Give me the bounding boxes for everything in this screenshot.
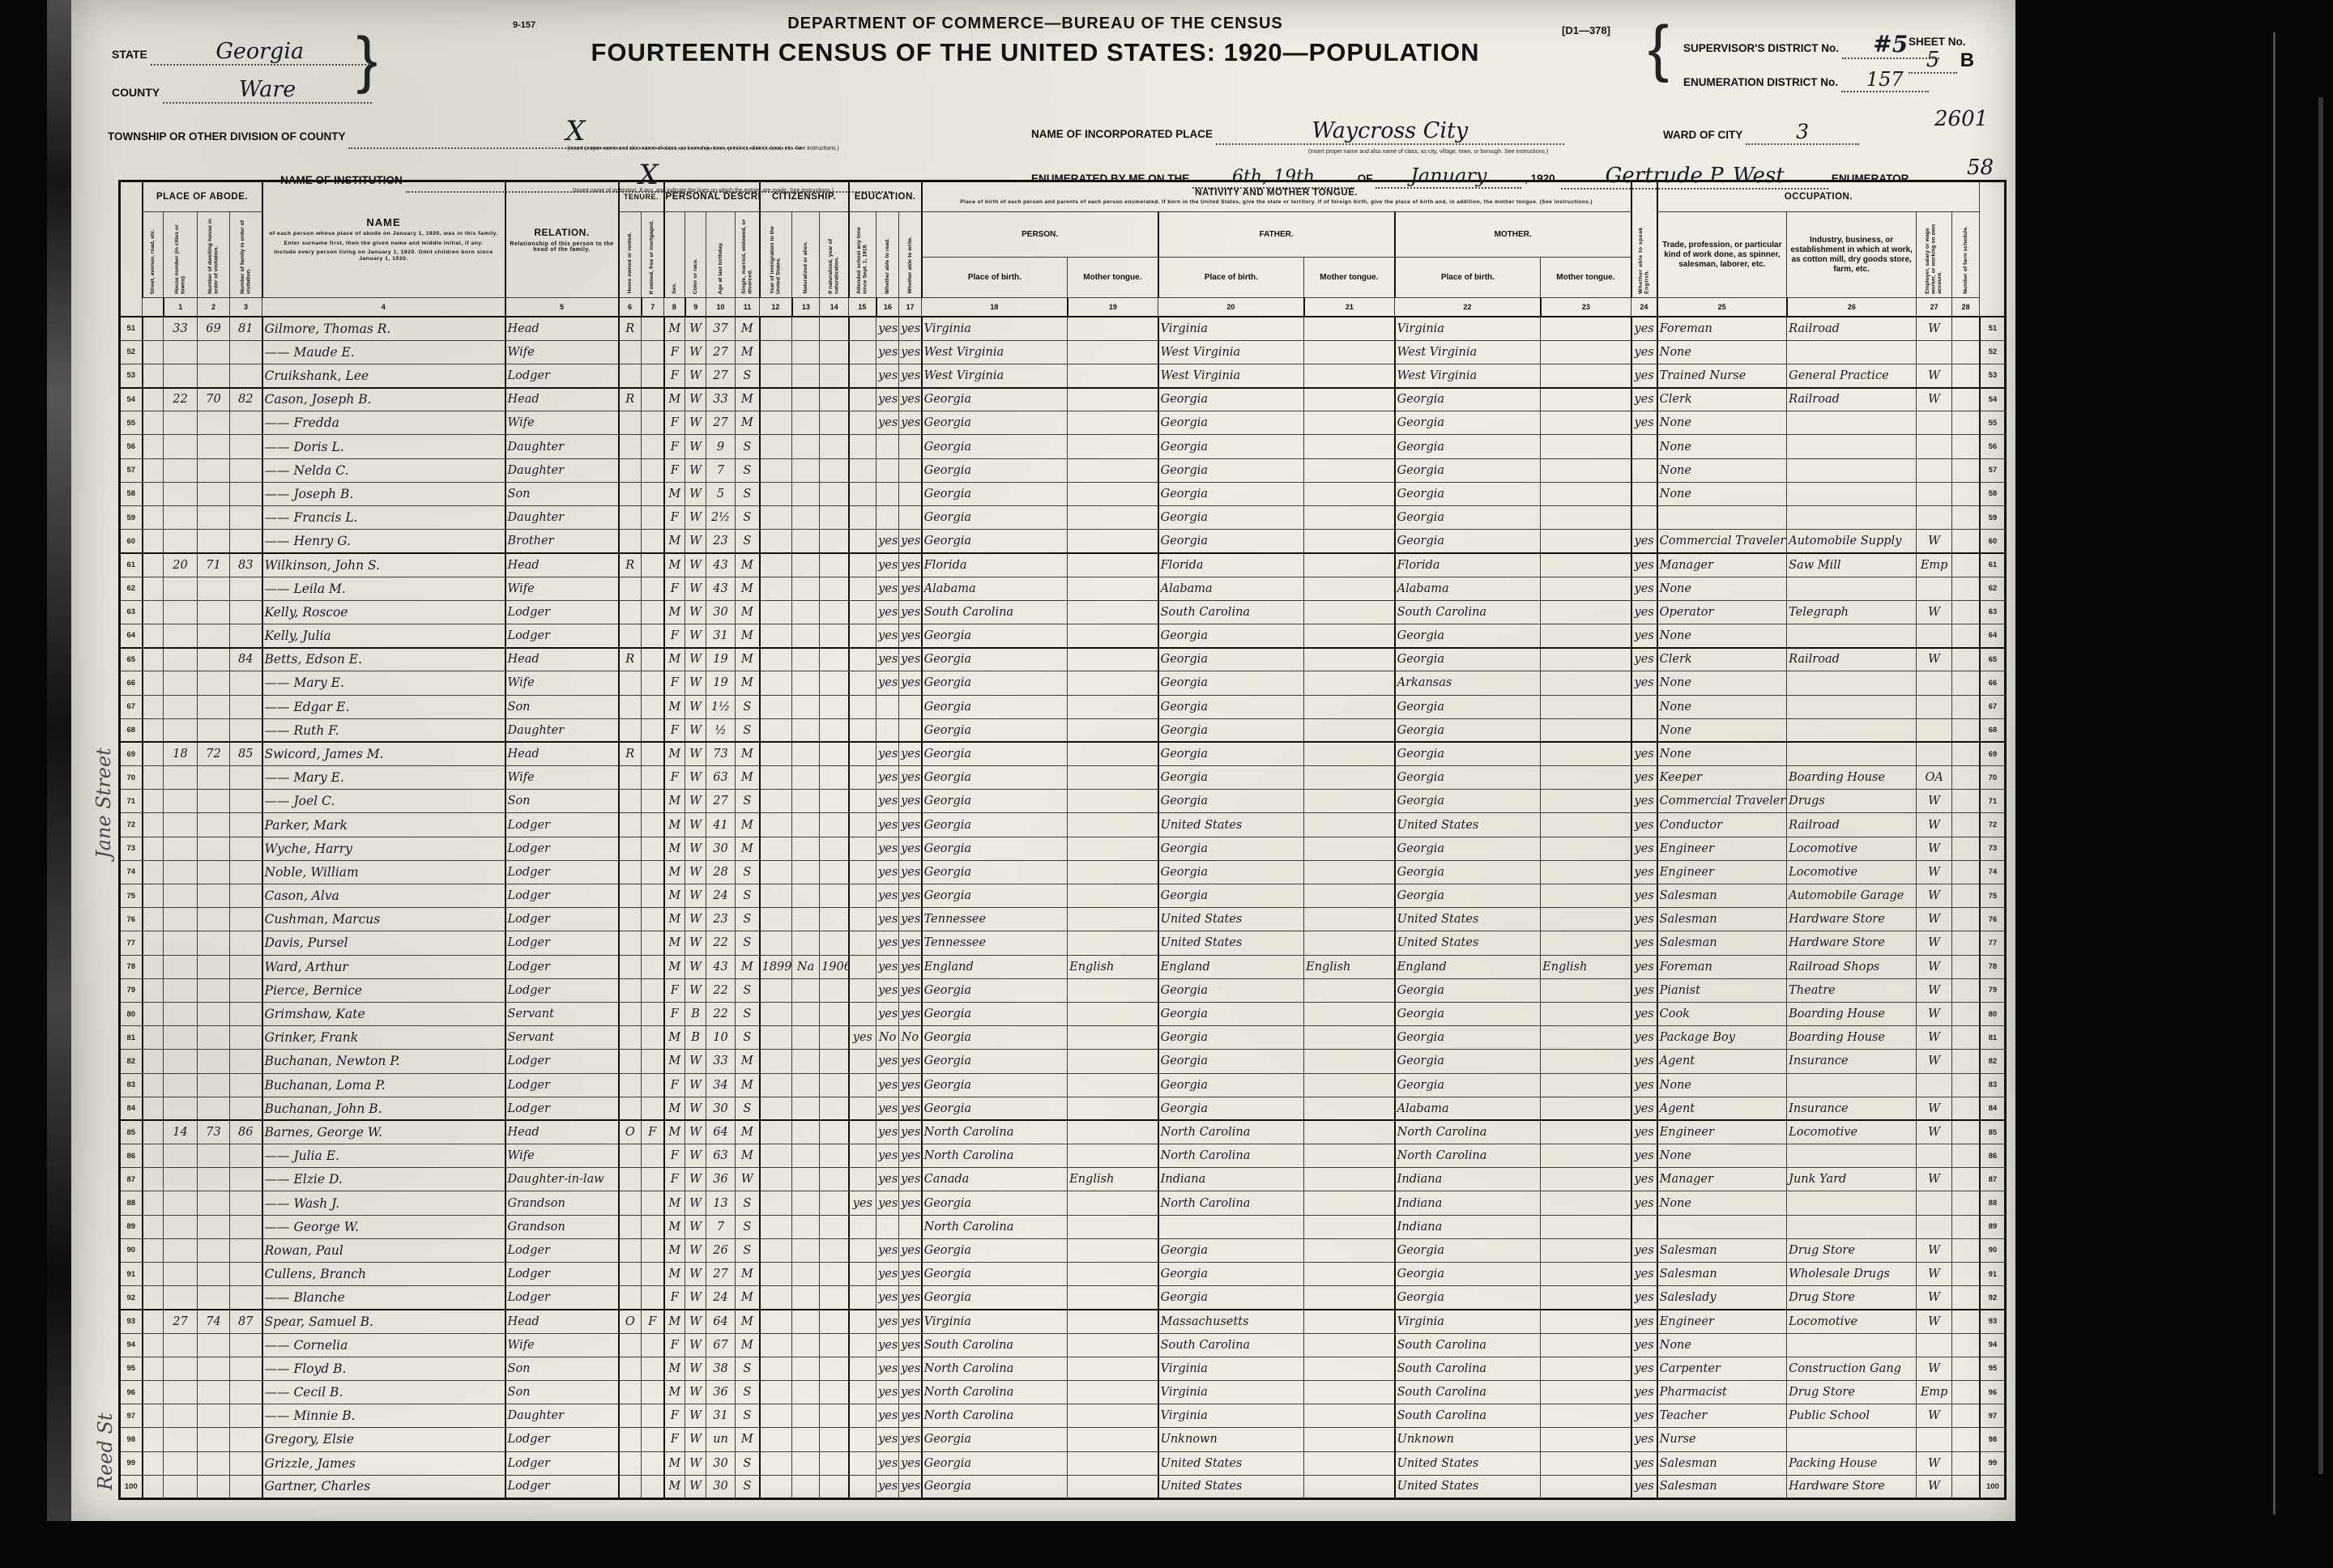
- cell-ag: 67: [706, 1333, 736, 1357]
- cell-fb: United States: [1158, 1451, 1304, 1475]
- cell-ag: 22: [706, 1002, 736, 1025]
- cell-hn: [164, 671, 198, 695]
- cell-dw: [198, 340, 230, 364]
- cell-st: [143, 742, 164, 765]
- cell-mb: Virginia: [1395, 317, 1541, 340]
- cell-hn: [164, 1263, 198, 1286]
- cell-mt: [1541, 1073, 1631, 1097]
- cell-tn: [619, 624, 642, 647]
- cell-mb: Indiana: [1395, 1168, 1541, 1191]
- cell-pt: [1068, 1050, 1158, 1073]
- cell-li2: 76: [1980, 908, 2006, 931]
- cell-fb: Virginia: [1158, 1380, 1304, 1404]
- cell-sc: [849, 813, 876, 837]
- cell-en: yes: [1631, 1002, 1657, 1025]
- cell-fb: Alabama: [1158, 577, 1304, 600]
- cell-fm: [1952, 813, 1980, 837]
- cell-pb: Georgia: [922, 1073, 1068, 1097]
- cell-oc: Engineer: [1657, 1120, 1787, 1144]
- cell-ny: [820, 1380, 849, 1404]
- column-number-mt: 24: [1631, 298, 1657, 317]
- cell-ag: 33: [706, 388, 736, 411]
- cell-dw: [198, 648, 230, 671]
- cell-mt: [1541, 1191, 1631, 1215]
- cell-ag: 37: [706, 317, 736, 340]
- cell-ind: [1787, 435, 1917, 458]
- cell-mg: [642, 1168, 664, 1191]
- cell-en: yes: [1631, 1286, 1657, 1310]
- cell-fb: West Virginia: [1158, 364, 1304, 387]
- cell-fm: [1952, 695, 1980, 718]
- cell-st: [143, 931, 164, 955]
- cell-ag: 30: [706, 837, 736, 860]
- cell-oc: Foreman: [1657, 317, 1787, 340]
- cell-ms: S: [736, 458, 760, 482]
- cell-cl: W: [685, 1286, 706, 1310]
- cell-im: [760, 1073, 792, 1097]
- cell-na: [792, 577, 820, 600]
- cell-fm: [1952, 671, 1980, 695]
- cell-pt: [1068, 530, 1158, 553]
- cell-nm: Swicord, James M.: [262, 742, 505, 765]
- cell-li: 72: [120, 813, 143, 837]
- cell-rd: yes: [876, 790, 899, 813]
- cell-mb: England: [1395, 955, 1541, 978]
- cell-wr: [899, 718, 922, 742]
- cell-ms: S: [736, 1357, 760, 1380]
- cell-fa: [230, 1050, 262, 1073]
- cell-fm: [1952, 553, 1980, 577]
- column-house-number: House number (in cities or towns).: [164, 212, 198, 298]
- cell-na: [792, 1050, 820, 1073]
- cell-ms: M: [736, 813, 760, 837]
- cell-ny: [820, 671, 849, 695]
- cell-sx: M: [664, 317, 685, 340]
- cell-mg: [642, 1263, 664, 1286]
- cell-ag: 10: [706, 1026, 736, 1050]
- cell-nm: Barnes, George W.: [262, 1120, 505, 1144]
- cell-hn: [164, 1026, 198, 1050]
- township-note: (Insert proper name and also name of cla…: [452, 146, 954, 151]
- person-mother-tongue-header: Mother tongue.: [1068, 258, 1158, 298]
- cell-im: [760, 671, 792, 695]
- cell-cl: W: [685, 435, 706, 458]
- cell-cl: W: [685, 1263, 706, 1286]
- cell-rd: yes: [876, 1428, 899, 1451]
- cell-wr: yes: [899, 1120, 922, 1144]
- cell-sc: [849, 1002, 876, 1025]
- cell-em: W: [1917, 364, 1952, 387]
- county-field: COUNTY Ware: [112, 77, 372, 104]
- cell-rd: yes: [876, 908, 899, 931]
- cell-mt: [1541, 908, 1631, 931]
- cell-pt: [1068, 1333, 1158, 1357]
- cell-mt: [1541, 1050, 1631, 1073]
- cell-im: [760, 1144, 792, 1168]
- cell-mt: [1541, 790, 1631, 813]
- cell-cl: W: [685, 364, 706, 387]
- cell-fm: [1952, 766, 1980, 790]
- column-employer-class: Employer, salary or wage worker, or work…: [1917, 212, 1952, 298]
- cell-fb: North Carolina: [1158, 1191, 1304, 1215]
- cell-re: Head: [505, 553, 619, 577]
- cell-ms: M: [736, 388, 760, 411]
- cell-st: [143, 1191, 164, 1215]
- cell-li2: 90: [1980, 1238, 2006, 1262]
- column-number-im: 13: [792, 298, 820, 317]
- cell-na: [792, 1026, 820, 1050]
- cell-li: 51: [120, 317, 143, 340]
- cell-fa: [230, 1144, 262, 1168]
- cell-re: Son: [505, 695, 619, 718]
- cell-oc: Agent: [1657, 1050, 1787, 1073]
- cell-nm: —— Minnie B.: [262, 1404, 505, 1428]
- cell-fm: [1952, 317, 1980, 340]
- cell-en: yes: [1631, 813, 1657, 837]
- cell-fb: Georgia: [1158, 1263, 1304, 1286]
- cell-fa: [230, 482, 262, 505]
- cell-ind: Locomotive: [1787, 860, 1917, 884]
- cell-ms: M: [736, 340, 760, 364]
- cell-pb: Georgia: [922, 790, 1068, 813]
- cell-fm: [1952, 648, 1980, 671]
- cell-rd: No: [876, 1026, 899, 1050]
- cell-ms: M: [736, 766, 760, 790]
- cell-dw: [198, 1333, 230, 1357]
- cell-fb: Georgia: [1158, 1238, 1304, 1262]
- cell-wr: [899, 1215, 922, 1238]
- cell-pt: [1068, 908, 1158, 931]
- enumeration-district-value: 157: [1866, 68, 1904, 91]
- name-group-title: NAME: [264, 216, 504, 228]
- cell-re: Lodger: [505, 600, 619, 624]
- cell-re: Daughter: [505, 435, 619, 458]
- cell-ft: [1304, 648, 1395, 671]
- cell-sx: M: [664, 813, 685, 837]
- cell-mg: [642, 1097, 664, 1120]
- cell-sc: [849, 1120, 876, 1144]
- cell-sx: M: [664, 1310, 685, 1333]
- cell-st: [143, 908, 164, 931]
- cell-im: [760, 1050, 792, 1073]
- cell-ms: M: [736, 1333, 760, 1357]
- cell-fa: [230, 718, 262, 742]
- cell-hn: [164, 1191, 198, 1215]
- cell-dw: [198, 1404, 230, 1428]
- cell-wr: yes: [899, 860, 922, 884]
- cell-hn: [164, 695, 198, 718]
- cell-nm: Gregory, Elsie: [262, 1428, 505, 1451]
- cell-ft: [1304, 340, 1395, 364]
- cell-fa: [230, 790, 262, 813]
- cell-re: Lodger: [505, 624, 619, 647]
- cell-st: [143, 388, 164, 411]
- cell-mg: [642, 671, 664, 695]
- cell-mt: [1541, 978, 1631, 1002]
- cell-ft: [1304, 364, 1395, 387]
- cell-pt: [1068, 1144, 1158, 1168]
- cell-ind: [1787, 577, 1917, 600]
- cell-cl: W: [685, 458, 706, 482]
- cell-oc: None: [1657, 482, 1787, 505]
- cell-st: [143, 1120, 164, 1144]
- cell-hn: [164, 1357, 198, 1380]
- cell-pb: Georgia: [922, 1428, 1068, 1451]
- cell-ms: S: [736, 435, 760, 458]
- cell-oc: None: [1657, 1073, 1787, 1097]
- cell-pb: South Carolina: [922, 600, 1068, 624]
- cell-li2: 74: [1980, 860, 2006, 884]
- cell-tn: [619, 1002, 642, 1025]
- cell-ny: [820, 742, 849, 765]
- cell-im: [760, 1191, 792, 1215]
- cell-li: 56: [120, 435, 143, 458]
- cell-rd: [876, 695, 899, 718]
- cell-fb: Georgia: [1158, 718, 1304, 742]
- table-row: 85147386Barnes, George W.HeadOFMW64Myesy…: [120, 1120, 2006, 1144]
- cell-ny: [820, 1404, 849, 1428]
- cell-mg: [642, 1451, 664, 1475]
- table-row: 86—— Julia E.WifeFW63MyesyesNorth Caroli…: [120, 1144, 2006, 1168]
- cell-st: [143, 860, 164, 884]
- cell-im: [760, 553, 792, 577]
- right-brace: }: [1648, 16, 1669, 79]
- cell-mg: [642, 1333, 664, 1357]
- cell-sc: [849, 600, 876, 624]
- cell-sc: [849, 577, 876, 600]
- cell-sx: M: [664, 1191, 685, 1215]
- cell-st: [143, 1073, 164, 1097]
- cell-en: yes: [1631, 1168, 1657, 1191]
- cell-em: [1917, 1333, 1952, 1357]
- cell-dw: 73: [198, 1120, 230, 1144]
- cell-ft: [1304, 1097, 1395, 1120]
- cell-mg: [642, 624, 664, 647]
- cell-pt: English: [1068, 955, 1158, 978]
- cell-pt: [1068, 1120, 1158, 1144]
- cell-ag: 24: [706, 1286, 736, 1310]
- cell-mb: Georgia: [1395, 1286, 1541, 1310]
- cell-mg: [642, 695, 664, 718]
- cell-tn: O: [619, 1120, 642, 1144]
- cell-st: [143, 1238, 164, 1262]
- cell-dw: [198, 600, 230, 624]
- cell-nm: —— Nelda C.: [262, 458, 505, 482]
- cell-sc: [849, 884, 876, 908]
- cell-mb: Alabama: [1395, 1097, 1541, 1120]
- cell-rd: yes: [876, 837, 899, 860]
- cell-nm: —— Joel C.: [262, 790, 505, 813]
- cell-hn: 27: [164, 1310, 198, 1333]
- cell-ms: S: [736, 860, 760, 884]
- cell-dw: [198, 1428, 230, 1451]
- cell-ft: [1304, 1310, 1395, 1333]
- cell-em: W: [1917, 978, 1952, 1002]
- cell-tn: R: [619, 648, 642, 671]
- cell-mb: Virginia: [1395, 1310, 1541, 1333]
- cell-ms: S: [736, 884, 760, 908]
- cell-mb: North Carolina: [1395, 1144, 1541, 1168]
- cell-em: [1917, 742, 1952, 765]
- cell-mg: [642, 364, 664, 387]
- cell-li2: 91: [1980, 1263, 2006, 1286]
- township-value: X: [565, 115, 585, 147]
- cell-mg: [642, 813, 664, 837]
- cell-wr: yes: [899, 1050, 922, 1073]
- cell-dw: [198, 718, 230, 742]
- cell-ms: S: [736, 1380, 760, 1404]
- cell-ft: [1304, 506, 1395, 530]
- cell-mg: F: [642, 1310, 664, 1333]
- cell-sx: M: [664, 1263, 685, 1286]
- cell-ft: [1304, 458, 1395, 482]
- cell-re: Son: [505, 1380, 619, 1404]
- cell-sx: M: [664, 648, 685, 671]
- census-sheet-scan: STATE Georgia COUNTY Ware } 9-157 DEPART…: [71, 0, 2015, 1521]
- cell-fm: [1952, 1238, 1980, 1262]
- cell-fb: Georgia: [1158, 435, 1304, 458]
- cell-rd: yes: [876, 530, 899, 553]
- cell-en: yes: [1631, 1238, 1657, 1262]
- cell-re: Daughter: [505, 506, 619, 530]
- cell-re: Wife: [505, 1333, 619, 1357]
- cell-fa: [230, 1002, 262, 1025]
- cell-na: [792, 435, 820, 458]
- cell-sc: [849, 1310, 876, 1333]
- cell-fa: [230, 411, 262, 435]
- cell-pb: South Carolina: [922, 1333, 1068, 1357]
- cell-hn: [164, 411, 198, 435]
- table-row: 73Wyche, HarryLodgerMW30MyesyesGeorgiaGe…: [120, 837, 2006, 860]
- cell-hn: [164, 718, 198, 742]
- cell-fb: Georgia: [1158, 411, 1304, 435]
- cell-sx: M: [664, 1050, 685, 1073]
- cell-fm: [1952, 884, 1980, 908]
- cell-li2: 57: [1980, 458, 2006, 482]
- cell-pb: Georgia: [922, 860, 1068, 884]
- cell-li2: 86: [1980, 1144, 2006, 1168]
- cell-wr: yes: [899, 1191, 922, 1215]
- cell-cl: W: [685, 1215, 706, 1238]
- cell-pb: Georgia: [922, 388, 1068, 411]
- cell-hn: [164, 1002, 198, 1025]
- cell-sx: F: [664, 411, 685, 435]
- cell-mt: [1541, 1310, 1631, 1333]
- cell-st: [143, 1263, 164, 1286]
- scan-artifact-line: [2273, 32, 2275, 1515]
- cell-ms: M: [736, 1286, 760, 1310]
- cell-em: W: [1917, 388, 1952, 411]
- cell-wr: yes: [899, 671, 922, 695]
- column-home-owned: Home owned or rented.: [619, 212, 642, 298]
- cell-wr: yes: [899, 317, 922, 340]
- cell-sx: F: [664, 577, 685, 600]
- cell-na: [792, 1380, 820, 1404]
- cell-em: [1917, 340, 1952, 364]
- cell-wr: yes: [899, 1286, 922, 1310]
- cell-cl: W: [685, 411, 706, 435]
- cell-ind: Wholesale Drugs: [1787, 1263, 1917, 1286]
- column-number-fa: 4: [262, 298, 505, 317]
- cell-mg: [642, 766, 664, 790]
- cell-nm: —— Ruth F.: [262, 718, 505, 742]
- cell-im: [760, 317, 792, 340]
- cell-mg: [642, 411, 664, 435]
- cell-im: [760, 1263, 792, 1286]
- cell-ms: S: [736, 695, 760, 718]
- cell-ms: S: [736, 1097, 760, 1120]
- cell-fb: Georgia: [1158, 742, 1304, 765]
- cell-hn: [164, 837, 198, 860]
- cell-tn: [619, 931, 642, 955]
- cell-mg: [642, 931, 664, 955]
- cell-im: [760, 624, 792, 647]
- cell-cl: W: [685, 624, 706, 647]
- cell-sc: [849, 1286, 876, 1310]
- cell-dw: [198, 1050, 230, 1073]
- cell-hn: [164, 1144, 198, 1168]
- cell-mb: Georgia: [1395, 790, 1541, 813]
- cell-nm: Rowan, Paul: [262, 1238, 505, 1262]
- cell-mt: [1541, 624, 1631, 647]
- cell-pt: [1068, 1475, 1158, 1498]
- scan-tear-edge: [47, 0, 71, 1521]
- cell-pt: [1068, 482, 1158, 505]
- cell-fm: [1952, 1050, 1980, 1073]
- table-row: 61207183Wilkinson, John S.HeadRMW43Myesy…: [120, 553, 2006, 577]
- cell-fb: Georgia: [1158, 884, 1304, 908]
- cell-hn: [164, 978, 198, 1002]
- cell-cl: W: [685, 1380, 706, 1404]
- cell-hn: [164, 790, 198, 813]
- cell-ft: [1304, 1002, 1395, 1025]
- cell-mb: South Carolina: [1395, 1357, 1541, 1380]
- column-number-rd: 17: [899, 298, 922, 317]
- cell-mt: [1541, 530, 1631, 553]
- cell-pt: [1068, 1404, 1158, 1428]
- cell-em: Emp: [1917, 1380, 1952, 1404]
- cell-pt: [1068, 1002, 1158, 1025]
- table-row: 64Kelly, JuliaLodgerFW31MyesyesGeorgiaGe…: [120, 624, 2006, 647]
- cell-fb: United States: [1158, 1475, 1304, 1498]
- cell-cl: W: [685, 1310, 706, 1333]
- cell-li2: 88: [1980, 1191, 2006, 1215]
- cell-wr: yes: [899, 955, 922, 978]
- ward-label: WARD OF CITY: [1663, 129, 1742, 141]
- cell-ny: [820, 978, 849, 1002]
- table-row: 60—— Henry G.BrotherMW23SyesyesGeorgiaGe…: [120, 530, 2006, 553]
- cell-mt: [1541, 1451, 1631, 1475]
- cell-dw: [198, 1191, 230, 1215]
- cell-mb: West Virginia: [1395, 364, 1541, 387]
- table-row: 81Grinker, FrankServantMB10SyesNoNoGeorg…: [120, 1026, 2006, 1050]
- cell-nm: —— Mary E.: [262, 671, 505, 695]
- incorporated-place-field: NAME OF INCORPORATED PLACE Waycross City: [1031, 118, 1564, 145]
- cell-oc: Nurse: [1657, 1428, 1787, 1451]
- cell-pt: [1068, 1238, 1158, 1262]
- cell-fm: [1952, 955, 1980, 978]
- cell-hn: [164, 482, 198, 505]
- cell-oc: Teacher: [1657, 1404, 1787, 1428]
- cell-ind: [1787, 1215, 1917, 1238]
- cell-im: [760, 718, 792, 742]
- cell-tn: [619, 1144, 642, 1168]
- cell-oc: Commercial Traveler: [1657, 530, 1787, 553]
- cell-im: [760, 837, 792, 860]
- cell-em: [1917, 695, 1952, 718]
- table-row: 100Gartner, CharlesLodgerMW30SyesyesGeor…: [120, 1475, 2006, 1498]
- cell-ft: [1304, 1168, 1395, 1191]
